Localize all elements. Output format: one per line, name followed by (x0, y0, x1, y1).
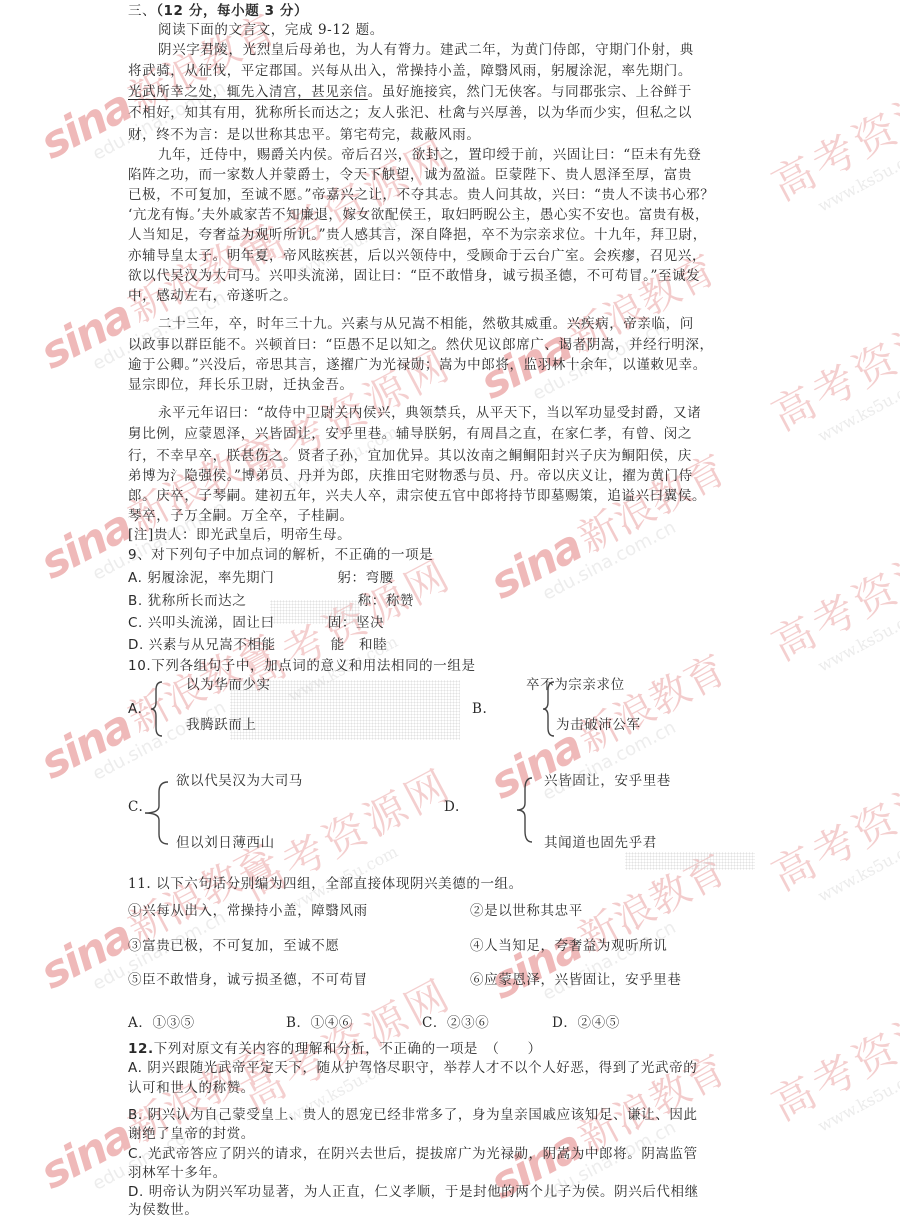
passage-line: 已极，不可复加，至诚不愿。”帝嘉兴之让，不夺其志。贵人问其故，兴曰：“贵人不读书… (128, 186, 714, 204)
passage-note: [注]贵人：即光武皇后，明帝生母。 (128, 526, 351, 544)
choice-a: A．①③⑤ (128, 1014, 195, 1032)
option-c-cont: 羽林军十多年。 (128, 1164, 227, 1182)
brace-icon (142, 778, 172, 848)
option-a: A. 躬履涂泥，率先期门躬：弯腰 (128, 569, 394, 587)
section-header: 三、（12 分，每小题 3 分） (128, 2, 308, 20)
passage-line: 欲以代吴汉为大司马。兴叩头流涕，固让曰：“臣不敢惜身，诚亏损圣德，不可苟冒。”至… (128, 267, 700, 285)
option-b-label: B. (472, 700, 487, 718)
option-d-line1: 兴皆固让，安乎里巷 (544, 772, 671, 790)
choice-c: C．②③⑥ (422, 1014, 489, 1032)
passage-line: 陷阵之功，而一家数人并蒙爵士，令天下觖望，诚为盈溢。臣蒙陛下、贵人恩泽至厚，富贵 (128, 166, 692, 184)
option-b: B. 阴兴认为自己蒙受皇上、贵人的恩宠已经非常多了，身为皇亲国戚应该知足、谦让、… (128, 1106, 698, 1124)
statement-3: ③富贵已极，不可复加，至诚不愿 (128, 937, 340, 955)
option-a-line2: 我腾跃而上 (186, 716, 257, 734)
choice-b: B．①④⑥ (286, 1014, 353, 1032)
passage-line: 人当知足，夸奢益为观听所讥。”贵人感其言，深自降挹，卒不为宗亲求位。十九年，拜卫… (128, 226, 707, 244)
option-c-line2: 但以刘日薄西山 (176, 834, 275, 852)
option-d-line2: 其闻道也固先乎君 (544, 834, 657, 852)
statement-2: ②是以世称其忠平 (470, 902, 583, 920)
section-instruction: 阅读下面的文言文，完成 9-12 题。 (158, 21, 384, 39)
option-a: A. 阴兴跟随光武帝平定天下，随从护驾恪尽职守，举荐人才不以个人好恶，得到了光武… (128, 1059, 697, 1077)
question-stem: 12.下列对原文有关内容的理解和分析，不正确的一项是 （ ） (128, 1040, 542, 1058)
section-number: 三、 (128, 3, 156, 19)
statement-1: ①兴每从出入，常操持小盖，障翳风雨 (128, 902, 368, 920)
passage-line: 行，不幸早卒，朕甚伤之。贤者子孙，宜加优异。其以汝南之鲖鲖阳封兴子庆为鲖阳侯，庆 (128, 447, 692, 465)
statement-4: ④人当知足，夸奢益为观听所讥 (470, 937, 667, 955)
passage-line: 二十三年，卒，时年三十九。兴素与从兄嵩不相能，然敬其威重。兴疾病，帝亲临，问 (158, 315, 694, 333)
choice-d: D．②④⑤ (552, 1014, 620, 1032)
option-d: D. 明帝认为阴兴军功显著，为人正直，仁义孝顺，于是封他的两个儿子为侯。阴兴后代… (128, 1183, 699, 1201)
passage-line: 亦辅导皇太子。明年夏，帝风眩疾甚，后以兴领侍中，受顾命于云台广室。会疾瘳，召见兴… (128, 247, 706, 265)
passage-line: 九年，迁侍中，赐爵关内侯。帝后召兴，欲封之，置印绶于前，兴固让曰：“臣未有先登 (158, 146, 701, 164)
passage-line: 中，感动左右，帝遂听之。 (128, 287, 297, 305)
brace-icon (514, 775, 536, 845)
section-score: （12 分，每小题 3 分） (156, 3, 308, 19)
passage-line: 郎。庆卒，子琴嗣。建初五年，兴夫人卒，肃宗使五官中郎将持节即墓赐策，追谥兴曰翼侯… (128, 487, 706, 505)
passage-line: 将武骑，从征伐，平定郡国。兴每从出入，常操持小盖，障翳风雨，躬履涂泥，率先期门。 (128, 62, 692, 80)
passage-line: 以政事以群臣能不。兴顿首曰：“臣愚不足以知之。然伏见议郎席广、谒者阴嵩，并经行明… (128, 336, 714, 354)
option-b-line2: 为击破沛公军 (556, 716, 641, 734)
passage-line: 财，终不为言：是以世称其忠平。第宅苟完，裁蔽风雨。 (128, 126, 481, 144)
underlined-sentence: 光武所幸之处，辄先入清宫，甚见亲信 (128, 84, 368, 100)
option-a-cont: 认可和世人的称赞。 (128, 1079, 255, 1097)
passage-line: ‘亢龙有悔。’夫外戚家苦不知廉退，嫁女欲配侯王，取妇眄睨公主，愚心实不安也。富贵… (128, 206, 709, 224)
option-c-line1: 欲以代吴汉为大司马 (176, 772, 303, 790)
exam-page: 三、（12 分，每小题 3 分） 阅读下面的文言文，完成 9-12 题。 阴兴字… (0, 0, 900, 1218)
question-stem: 11. 以下六句话分别编为四组，全部直接体现阴兴美德的一组。 (128, 875, 523, 893)
option-c: C. 光武帝答应了阴兴的请求，在阴兴去世后，提拔席广为光禄勋，阴嵩为中郎将。阴嵩… (128, 1145, 698, 1163)
option-b: B. 犹称所长而达之称：称赞 (128, 592, 414, 610)
passage-line: 阴兴字君陵，光烈皇后母弟也，为人有膂力。建武二年，为黄门侍郎，守期门仆射，典 (158, 41, 694, 59)
question-stem: 10.下列各组句子中，加点词的意义和用法相同的一组是 (128, 657, 476, 675)
option-a-line1: 以为华而少实 (186, 676, 271, 694)
question-stem: 9、对下列句子中加点词的解析，不正确的一项是 (128, 546, 433, 564)
passage-line: 舅比例，应蒙恩泽，兴皆固让，安乎里巷。辅导朕躬，有周昌之直，在家仁孝，有曾、闵之 (128, 425, 692, 443)
brace-icon (148, 680, 168, 738)
option-d-cont: 为侯数世。 (128, 1201, 199, 1218)
option-a-label: A. (128, 700, 143, 718)
passage-line: 永平元年诏曰：“故侍中卫尉关内侯兴，典领禁兵，从平天下，当以军功显受封爵，又诸 (158, 404, 701, 422)
statement-5: ⑤臣不敢惜身，诚亏损圣德，不可苟冒 (128, 971, 368, 989)
passage-line: 逾于公卿。”兴没后，帝思其言，遂擢广为光禄勋；嵩为中郎将，监羽林十余年，以谨敕见… (128, 356, 707, 374)
option-b-line1: 卒不为宗亲求位 (526, 676, 625, 694)
passage-line: 弟博为氵隐强侯。”博弟员、丹并为郎，庆推田宅财物悉与员、丹。帝以庆义让，擢为黄门… (128, 467, 693, 485)
passage-line: 显宗即位，拜长乐卫尉，迁执金吾。 (128, 376, 354, 394)
passage-line: 琴卒，子万全嗣。万全卒，子桂嗣。 (128, 507, 354, 525)
passage-line: 不相好，知其有用，犹称所长而达之；友人张汜、杜禽与兴厚善，以为华而少实，但私之以 (128, 104, 692, 122)
option-b-cont: 谢绝了皇帝的封赏。 (128, 1125, 255, 1143)
statement-6: ⑥应蒙恩泽，兴皆固让，安乎里巷 (470, 971, 682, 989)
option-d: D. 兴素与从兄嵩不相能能 和睦 (128, 636, 387, 654)
option-c: C. 兴叩头流涕，固让曰固：坚决 (128, 614, 384, 632)
passage-line: 光武所幸之处，辄先入清宫，甚见亲信。虽好施接宾，然门无侠客。与同郡张宗、上谷鲜于 (128, 83, 692, 101)
option-d-label: D. (444, 798, 460, 816)
